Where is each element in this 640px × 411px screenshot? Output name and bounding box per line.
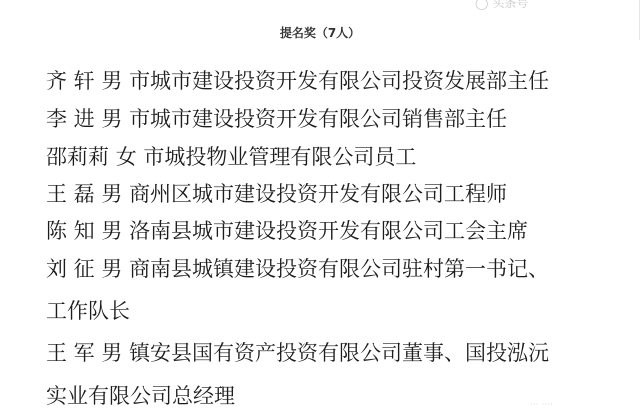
person-gender: 男 [101,341,122,365]
list-item: 王 磊 男 商州区城市建设投资开发有限公司工程师 [46,182,507,206]
person-gender: 男 [101,257,122,281]
list-item: 齐 轩 男 市城市建设投资开发有限公司投资发展部主任 [46,69,549,93]
person-name: 王 磊 [46,182,95,206]
section-title: 提名奖（7人） [0,24,640,41]
person-name: 齐 轩 [46,69,95,93]
list-item: 邵莉莉 女 市城投物业管理有限公司员工 [46,145,416,169]
person-name: 邵莉莉 [46,145,109,169]
list-item-continuation: 工作队长 [46,299,130,323]
watermark-bottom: ··· ···· [530,400,553,410]
person-title: 镇安县国有资产投资有限公司董事、国投泓沅 [129,341,549,365]
person-name: 陈 知 [46,219,95,243]
list-item-continuation: 实业有限公司总经理 [46,384,235,408]
person-title: 市城市建设投资开发有限公司销售部主任 [129,107,507,131]
person-title: 洛南县城市建设投资开发有限公司工会主席 [129,219,528,243]
person-gender: 女 [116,145,137,169]
list-item: 刘 征 男 商南县城镇建设投资有限公司驻村第一书记、 [46,257,549,281]
watermark-logo: ◯ 头条号 [475,0,528,11]
person-name: 李 进 [46,107,95,131]
person-gender: 男 [101,182,122,206]
person-title: 市城投物业管理有限公司员工 [143,145,416,169]
list-item: 王 军 男 镇安县国有资产投资有限公司董事、国投泓沅 [46,341,549,365]
list-item: 陈 知 男 洛南县城市建设投资开发有限公司工会主席 [46,219,528,243]
person-name: 刘 征 [46,257,95,281]
list-item: 李 进 男 市城市建设投资开发有限公司销售部主任 [46,107,507,131]
person-title: 商南县城镇建设投资有限公司驻村第一书记、 [129,257,549,281]
person-title: 市城市建设投资开发有限公司投资发展部主任 [129,69,549,93]
person-gender: 男 [101,69,122,93]
person-gender: 男 [101,219,122,243]
person-title: 商州区城市建设投资开发有限公司工程师 [129,182,507,206]
person-name: 王 军 [46,341,95,365]
person-gender: 男 [101,107,122,131]
